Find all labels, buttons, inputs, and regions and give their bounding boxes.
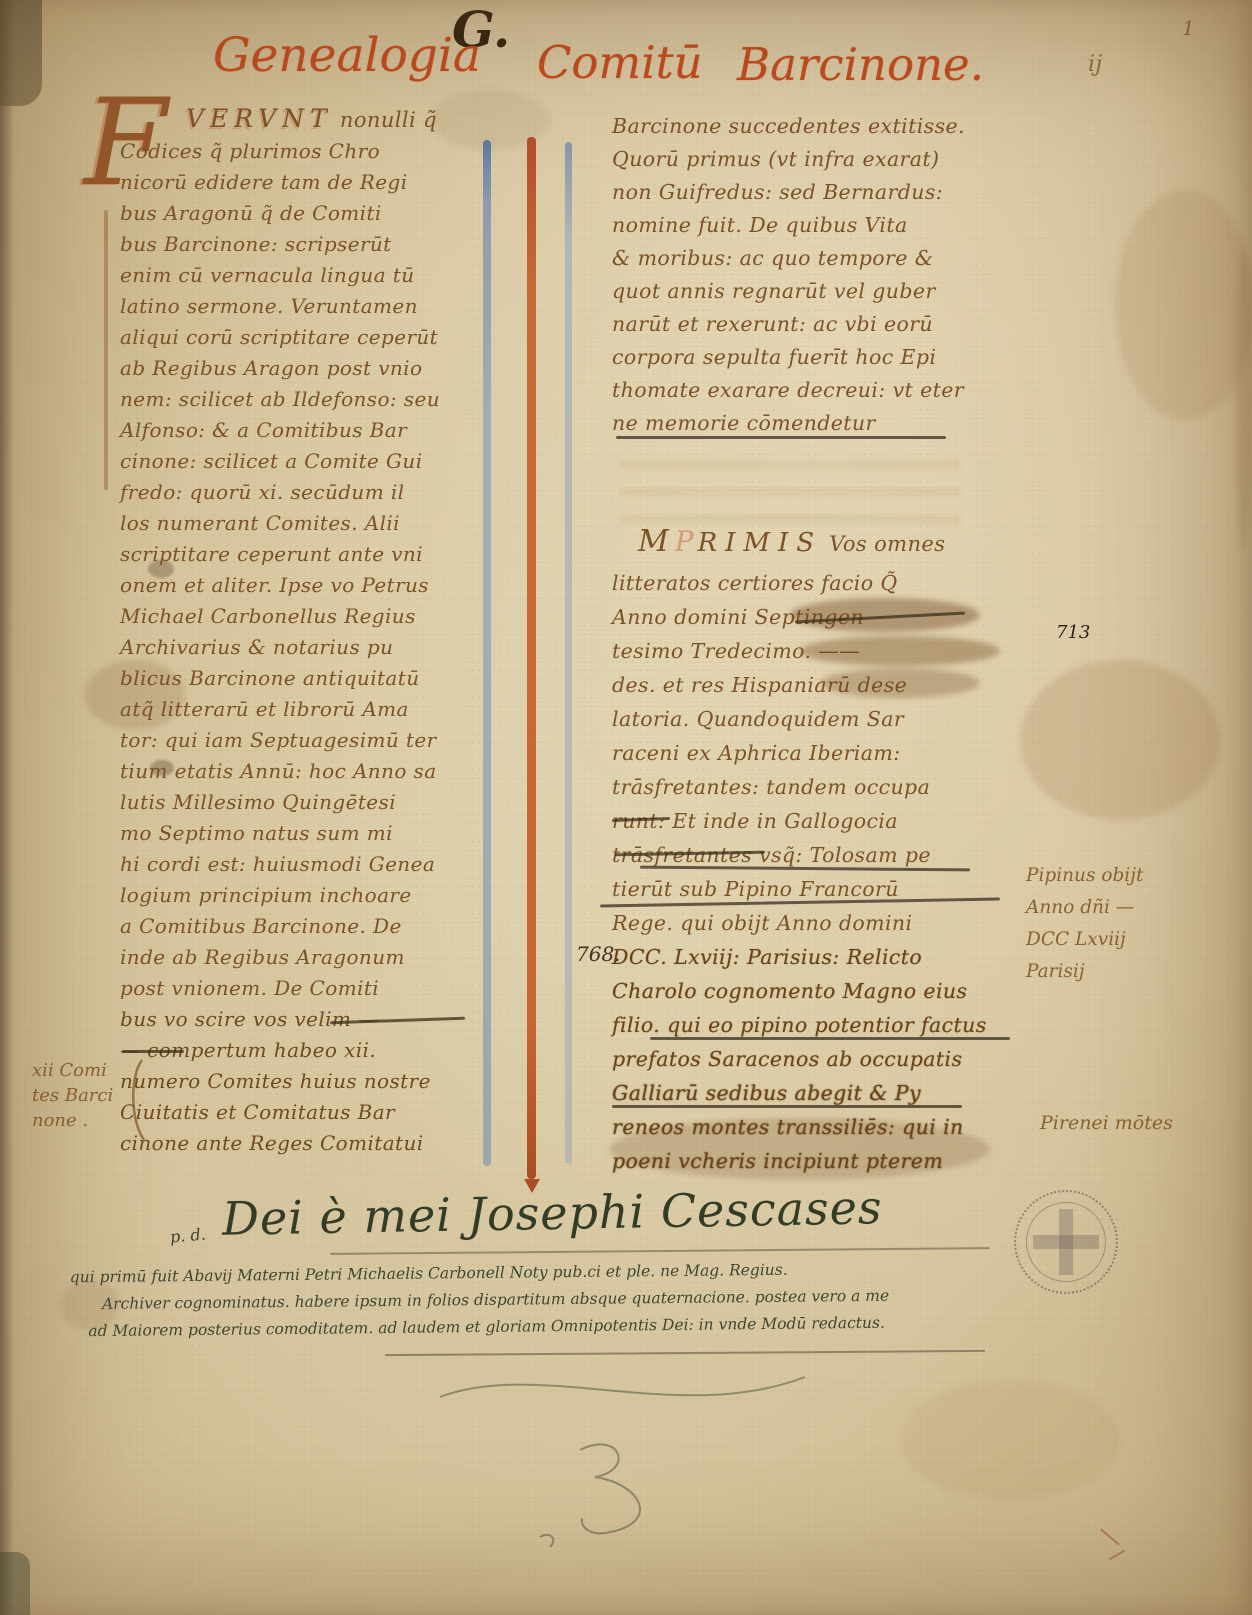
- divider-rule-blue-2: [565, 142, 572, 1164]
- margin-year-713: 713: [1056, 622, 1090, 643]
- quire-mark: ij: [1088, 52, 1103, 77]
- text-line: litteratos certiores facio Q̃: [612, 566, 987, 600]
- text-line: non Guifredus: sed Bernardus:: [612, 176, 965, 209]
- left-text-column: Codices q̃ plurimos Chronicorū edidere t…: [120, 136, 440, 1159]
- underline-stroke: [612, 1105, 962, 1108]
- correction-smudge: [800, 636, 1000, 666]
- binding-edge: [0, 0, 14, 1615]
- footer-note-block: qui primū fuit Abavij Materni Petri Mich…: [70, 1256, 890, 1346]
- text-line: raceni ex Aphrica Iberiam:: [612, 736, 987, 770]
- strike-mark: [122, 1050, 184, 1053]
- stain: [1235, 250, 1252, 550]
- margin-note-xii-comites: xii Comites Barcinone .: [32, 1058, 113, 1133]
- divider-rule-orange: [527, 137, 536, 1179]
- correction-smudge: [820, 668, 980, 698]
- text-line: Archivarius & notarius pu: [120, 632, 440, 663]
- left-column-first-line: VERVNT nonulli q̃: [186, 104, 437, 133]
- margin-note-line: Anno dñi —: [1026, 892, 1143, 924]
- text-line: onem et aliter. Ipse vo Petrus: [120, 570, 440, 601]
- stain: [1115, 190, 1252, 420]
- text-line: trāsfretantes: tandem occupa: [612, 770, 987, 804]
- text-line: Barcinone succedentes extitisse.: [612, 110, 965, 143]
- paragraph-initial-M: M: [638, 524, 675, 559]
- text-line: ab Regibus Aragon post vnio: [120, 353, 440, 384]
- text-line: bus Aragonū q̃ de Comiti: [120, 198, 440, 229]
- page-title-word-3: Barcinone.: [737, 38, 984, 91]
- text-line: nomine fuit. De quibus Vita: [612, 209, 965, 242]
- stain: [900, 1380, 1120, 1500]
- corner-stain-top-left: [0, 0, 42, 106]
- footer-prefix-marks: p. d.: [169, 1224, 206, 1246]
- margin-note-line: xii Comi: [32, 1058, 113, 1083]
- first-line-rest: nonulli q̃: [340, 108, 437, 132]
- page-title-word-2: Comitū: [537, 36, 703, 89]
- margin-note-line: Pipinus obijt: [1026, 860, 1143, 892]
- text-line: Quorū primus (vt infra exarat): [612, 143, 965, 176]
- text-line: mo Septimo natus sum mi: [120, 818, 440, 849]
- text-line: cinone: scilicet a Comite Gui: [120, 446, 440, 477]
- text-line: narūt et rexerunt: ac vbi eorū: [612, 308, 965, 341]
- page-title-word-1: Genealogia: [213, 28, 481, 83]
- margin-note-pirenei: Pirenei mōtes: [1040, 1112, 1173, 1134]
- text-line: prefatos Saracenos ab occupatis: [612, 1042, 987, 1076]
- text-line: Charolo cognomento Magno eius: [612, 974, 987, 1008]
- archive-stamp: [1014, 1190, 1118, 1294]
- margin-note-line: DCC Lxviij: [1026, 924, 1143, 956]
- text-line: latino sermone. Veruntamen: [120, 291, 440, 322]
- text-line: Michael Carbonellus Regius: [120, 601, 440, 632]
- divider-rule-blue-1: [483, 140, 491, 1166]
- margin-note-line: tes Barci: [32, 1083, 113, 1108]
- text-line: nicorū edidere tam de Regi: [120, 167, 440, 198]
- initial-descender-stroke: [104, 210, 108, 490]
- text-line: lutis Millesimo Quingētesi: [120, 787, 440, 818]
- margin-year-768: 768.: [576, 942, 621, 966]
- underline-stroke: [330, 1247, 990, 1255]
- text-line: enim cū vernacula lingua tū: [120, 260, 440, 291]
- text-line: & moribus: ac quo tempore &: [612, 242, 965, 275]
- text-line: nem: scilicet ab Ildefonso: seu: [120, 384, 440, 415]
- text-line: bus Barcinone: scripserūt: [120, 229, 440, 260]
- text-line: thomate exarare decreui: vt eter: [612, 374, 965, 407]
- text-line: blicus Barcinone antiquitatū: [120, 663, 440, 694]
- text-line: Codices q̃ plurimos Chro: [120, 136, 440, 167]
- text-line: hi cordi est: huiusmodi Genea: [120, 849, 440, 880]
- underline-stroke: [650, 1037, 1010, 1040]
- crease-mark: [1109, 1550, 1126, 1561]
- text-line: a Comitibus Barcinone. De: [120, 911, 440, 942]
- margin-note-pipinus: Pipinus obijtAnno dñi —DCC LxviijParisij: [1026, 860, 1143, 988]
- margin-note-line: none .: [32, 1108, 113, 1133]
- text-line: corpora sepulta fuerīt hoc Epi: [612, 341, 965, 374]
- first-line-caps: RIMIS: [698, 528, 823, 558]
- bleedthrough-ghost: [620, 444, 960, 524]
- first-line-caps: VERVNT: [186, 104, 333, 133]
- corner-stain-bottom-left: [0, 1552, 30, 1615]
- folio-number: 1: [1182, 16, 1195, 40]
- right-paragraph-2-first-line: MPRIMIS Vos omnes: [638, 524, 945, 559]
- pen-flourish: [420, 1355, 820, 1555]
- text-line: numero Comites huius nostre: [120, 1066, 440, 1097]
- manuscript-page: G. Genealogia Comitū Barcinone. 1 ij F V…: [0, 0, 1252, 1615]
- text-line: post vnionem. De Comiti: [120, 973, 440, 1004]
- right-column-paragraph-1: Barcinone succedentes extitisse.Quorū pr…: [612, 110, 965, 440]
- text-line: DCC. Lxviij: Parisius: Relicto: [612, 940, 987, 974]
- text-line: atq̃ litterarū et librorū Ama: [120, 694, 440, 725]
- margin-brace: [128, 1058, 146, 1142]
- crease-mark: [1100, 1529, 1120, 1546]
- text-line: logium principium inchoare: [120, 880, 440, 911]
- text-line: los numerant Comites. Alii: [120, 508, 440, 539]
- text-line: aliqui corū scriptitare ceperūt: [120, 322, 440, 353]
- guide-letter-P: P: [675, 525, 698, 558]
- text-line: tium etatis Annū: hoc Anno sa: [120, 756, 440, 787]
- text-line: runt: Et inde in Gallogocia: [612, 804, 987, 838]
- stain: [1020, 660, 1220, 820]
- correction-smudge: [610, 1118, 990, 1180]
- text-line: fredo: quorū xi. secūdum il: [120, 477, 440, 508]
- text-line: tor: qui iam Septuagesimū ter: [120, 725, 440, 756]
- ownership-inscription: Dei è mei Josephi Cescases: [222, 1180, 883, 1246]
- margin-note-line: Parisij: [1026, 956, 1143, 988]
- first-line-rest: Vos omnes: [829, 532, 945, 556]
- text-line: cinone ante Reges Comitatui: [120, 1128, 440, 1159]
- stamp-cross-horizontal: [1033, 1235, 1099, 1249]
- text-line: scriptitare ceperunt ante vni: [120, 539, 440, 570]
- text-line: Alfonso: & a Comitibus Bar: [120, 415, 440, 446]
- text-line: Ciuitatis et Comitatus Bar: [120, 1097, 440, 1128]
- text-line: latoria. Quandoquidem Sar: [612, 702, 987, 736]
- text-line: inde ab Regibus Aragonum: [120, 942, 440, 973]
- text-line: quot annis regnarūt vel guber: [612, 275, 965, 308]
- underline-stroke: [616, 436, 946, 439]
- text-line: Rege. qui obijt Anno domini: [612, 906, 987, 940]
